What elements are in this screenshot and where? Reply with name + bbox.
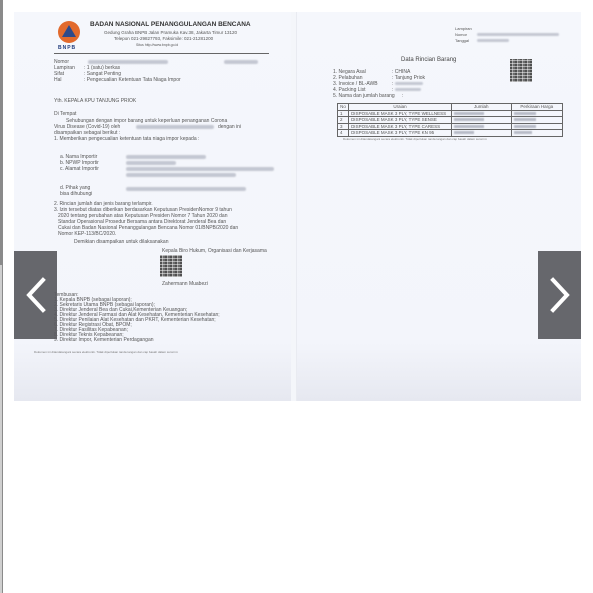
agency-name: BADAN NASIONAL PENANGGULANGAN BENCANA (90, 21, 251, 28)
qr-code-icon (160, 255, 182, 277)
chevron-left-icon (25, 277, 47, 313)
document-page-2: Lampiran Nomor Tanggal Data Rincian Bara… (297, 12, 581, 401)
image-viewer: BNPB BADAN NASIONAL PENANGGULANGAN BENCA… (14, 12, 581, 401)
document-page-1: BNPB BADAN NASIONAL PENANGGULANGAN BENCA… (14, 12, 291, 401)
meta-label-hal: Hal (54, 77, 62, 83)
cell-uraian: DISPOSABLE MASK 3 PLY, TYPE CARESS (349, 123, 452, 130)
bnpb-logo-icon (58, 21, 80, 43)
meta-value-hal: : Pengecualian Ketentuan Tata Niaga Impo… (84, 77, 181, 83)
cell-uraian: DISPOSABLE MASK 3 PLY, TYPE SENSE (349, 117, 452, 124)
recipient: Yth. KEPALA KPU TANJUNG PRIOK (54, 98, 136, 104)
signer-name: Zahermann Muabezi (162, 281, 208, 287)
cell-harga-redacted (511, 130, 562, 137)
page-title: Data Rincian Barang (401, 57, 456, 64)
point-1: 1. Memberikan pengecualian ketentuan tat… (54, 136, 199, 142)
closing: Demikian disampaikan untuk dilaksanakan (74, 239, 169, 245)
goods-table: No Uraian Jumlah Perkiraan Harga 1 DISPO… (337, 103, 563, 137)
field-alamat-importir: c. Alamat Importir (60, 166, 99, 172)
header-divider (54, 53, 269, 54)
window-left-border (0, 0, 3, 593)
intro-line-2b: dengan ini (218, 124, 241, 130)
field-pihak-dihubungi: d. Pihak yang bisa dihubungi (60, 185, 100, 197)
redacted-invoice (395, 82, 423, 85)
signer-title: Kepala Biro Hukum, Organisasi dan Kerjas… (162, 248, 267, 254)
cell-uraian: DISPOSABLE MASK 3 PLY, TYPE WELLNESS (349, 110, 452, 117)
redacted-nama (126, 155, 206, 159)
info-value: : (402, 93, 403, 99)
redacted-nomor (88, 60, 168, 64)
logo-text: BNPB (58, 45, 76, 51)
place: Di Tempat (54, 111, 76, 117)
redacted-npwp (126, 161, 176, 165)
redacted-alamat-2 (126, 173, 236, 177)
info-label: 5. Nama dan jumlah barang (333, 93, 395, 99)
redacted-nomor (477, 33, 559, 36)
redacted-company (136, 125, 214, 129)
point-3-line-5: Nomor KEP-113/BC/2020. (58, 231, 116, 237)
footer-note: Dokumen ini ditandatangani secara elektr… (34, 349, 178, 355)
redacted-tanggal (477, 39, 509, 42)
footer-note: Dokumen ini ditandatangani secara elektr… (343, 136, 487, 142)
redacted-packing (395, 88, 421, 91)
info-value: : Tanjung Priok (392, 75, 425, 81)
cc-item: 9. Direktur Impor, Kementerian Perdagang… (54, 337, 154, 343)
redacted-kontak (126, 187, 246, 191)
agency-website: Situs http://www.bnpb.go.id (136, 42, 178, 48)
previous-image-button[interactable] (14, 251, 57, 339)
qr-code-icon (510, 59, 532, 82)
meta-label-tanggal: Tanggal (455, 38, 469, 44)
redacted-date (224, 60, 258, 64)
next-image-button[interactable] (538, 251, 581, 339)
chevron-right-icon (549, 277, 571, 313)
redacted-alamat-1 (126, 167, 274, 171)
